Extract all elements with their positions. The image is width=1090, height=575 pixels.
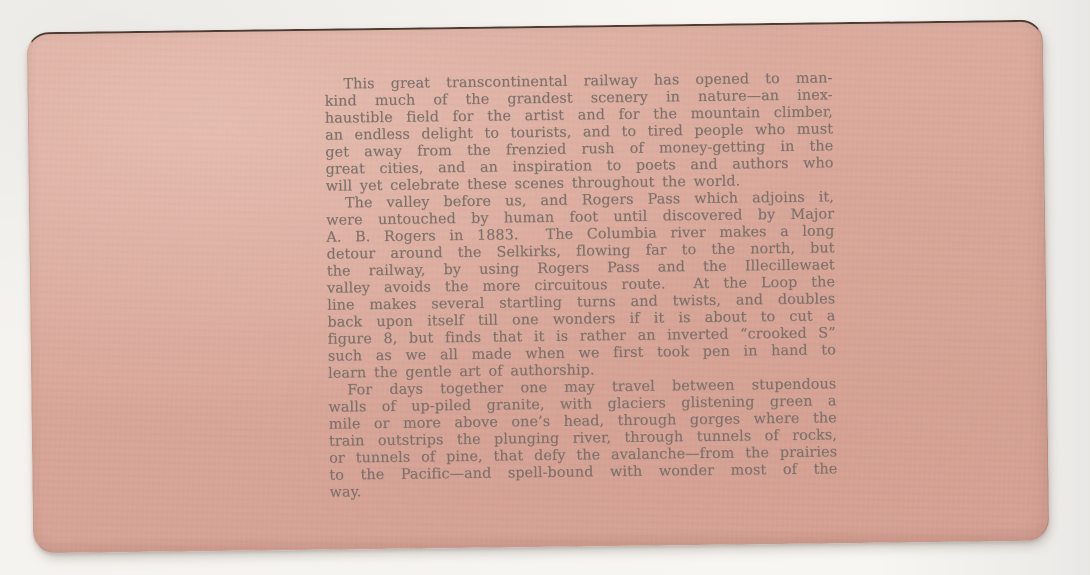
card-text: This great transcontinental railway has …	[324, 70, 837, 501]
paragraph: The valley before us, and Rogers Pass wh…	[326, 189, 836, 382]
paragraph: For days together one may travel between…	[328, 376, 837, 501]
stereoview-card-back: This great transcontinental railway has …	[27, 20, 1049, 554]
photo-background: This great transcontinental railway has …	[0, 0, 1090, 575]
paragraph: This great transcontinental railway has …	[324, 70, 833, 195]
